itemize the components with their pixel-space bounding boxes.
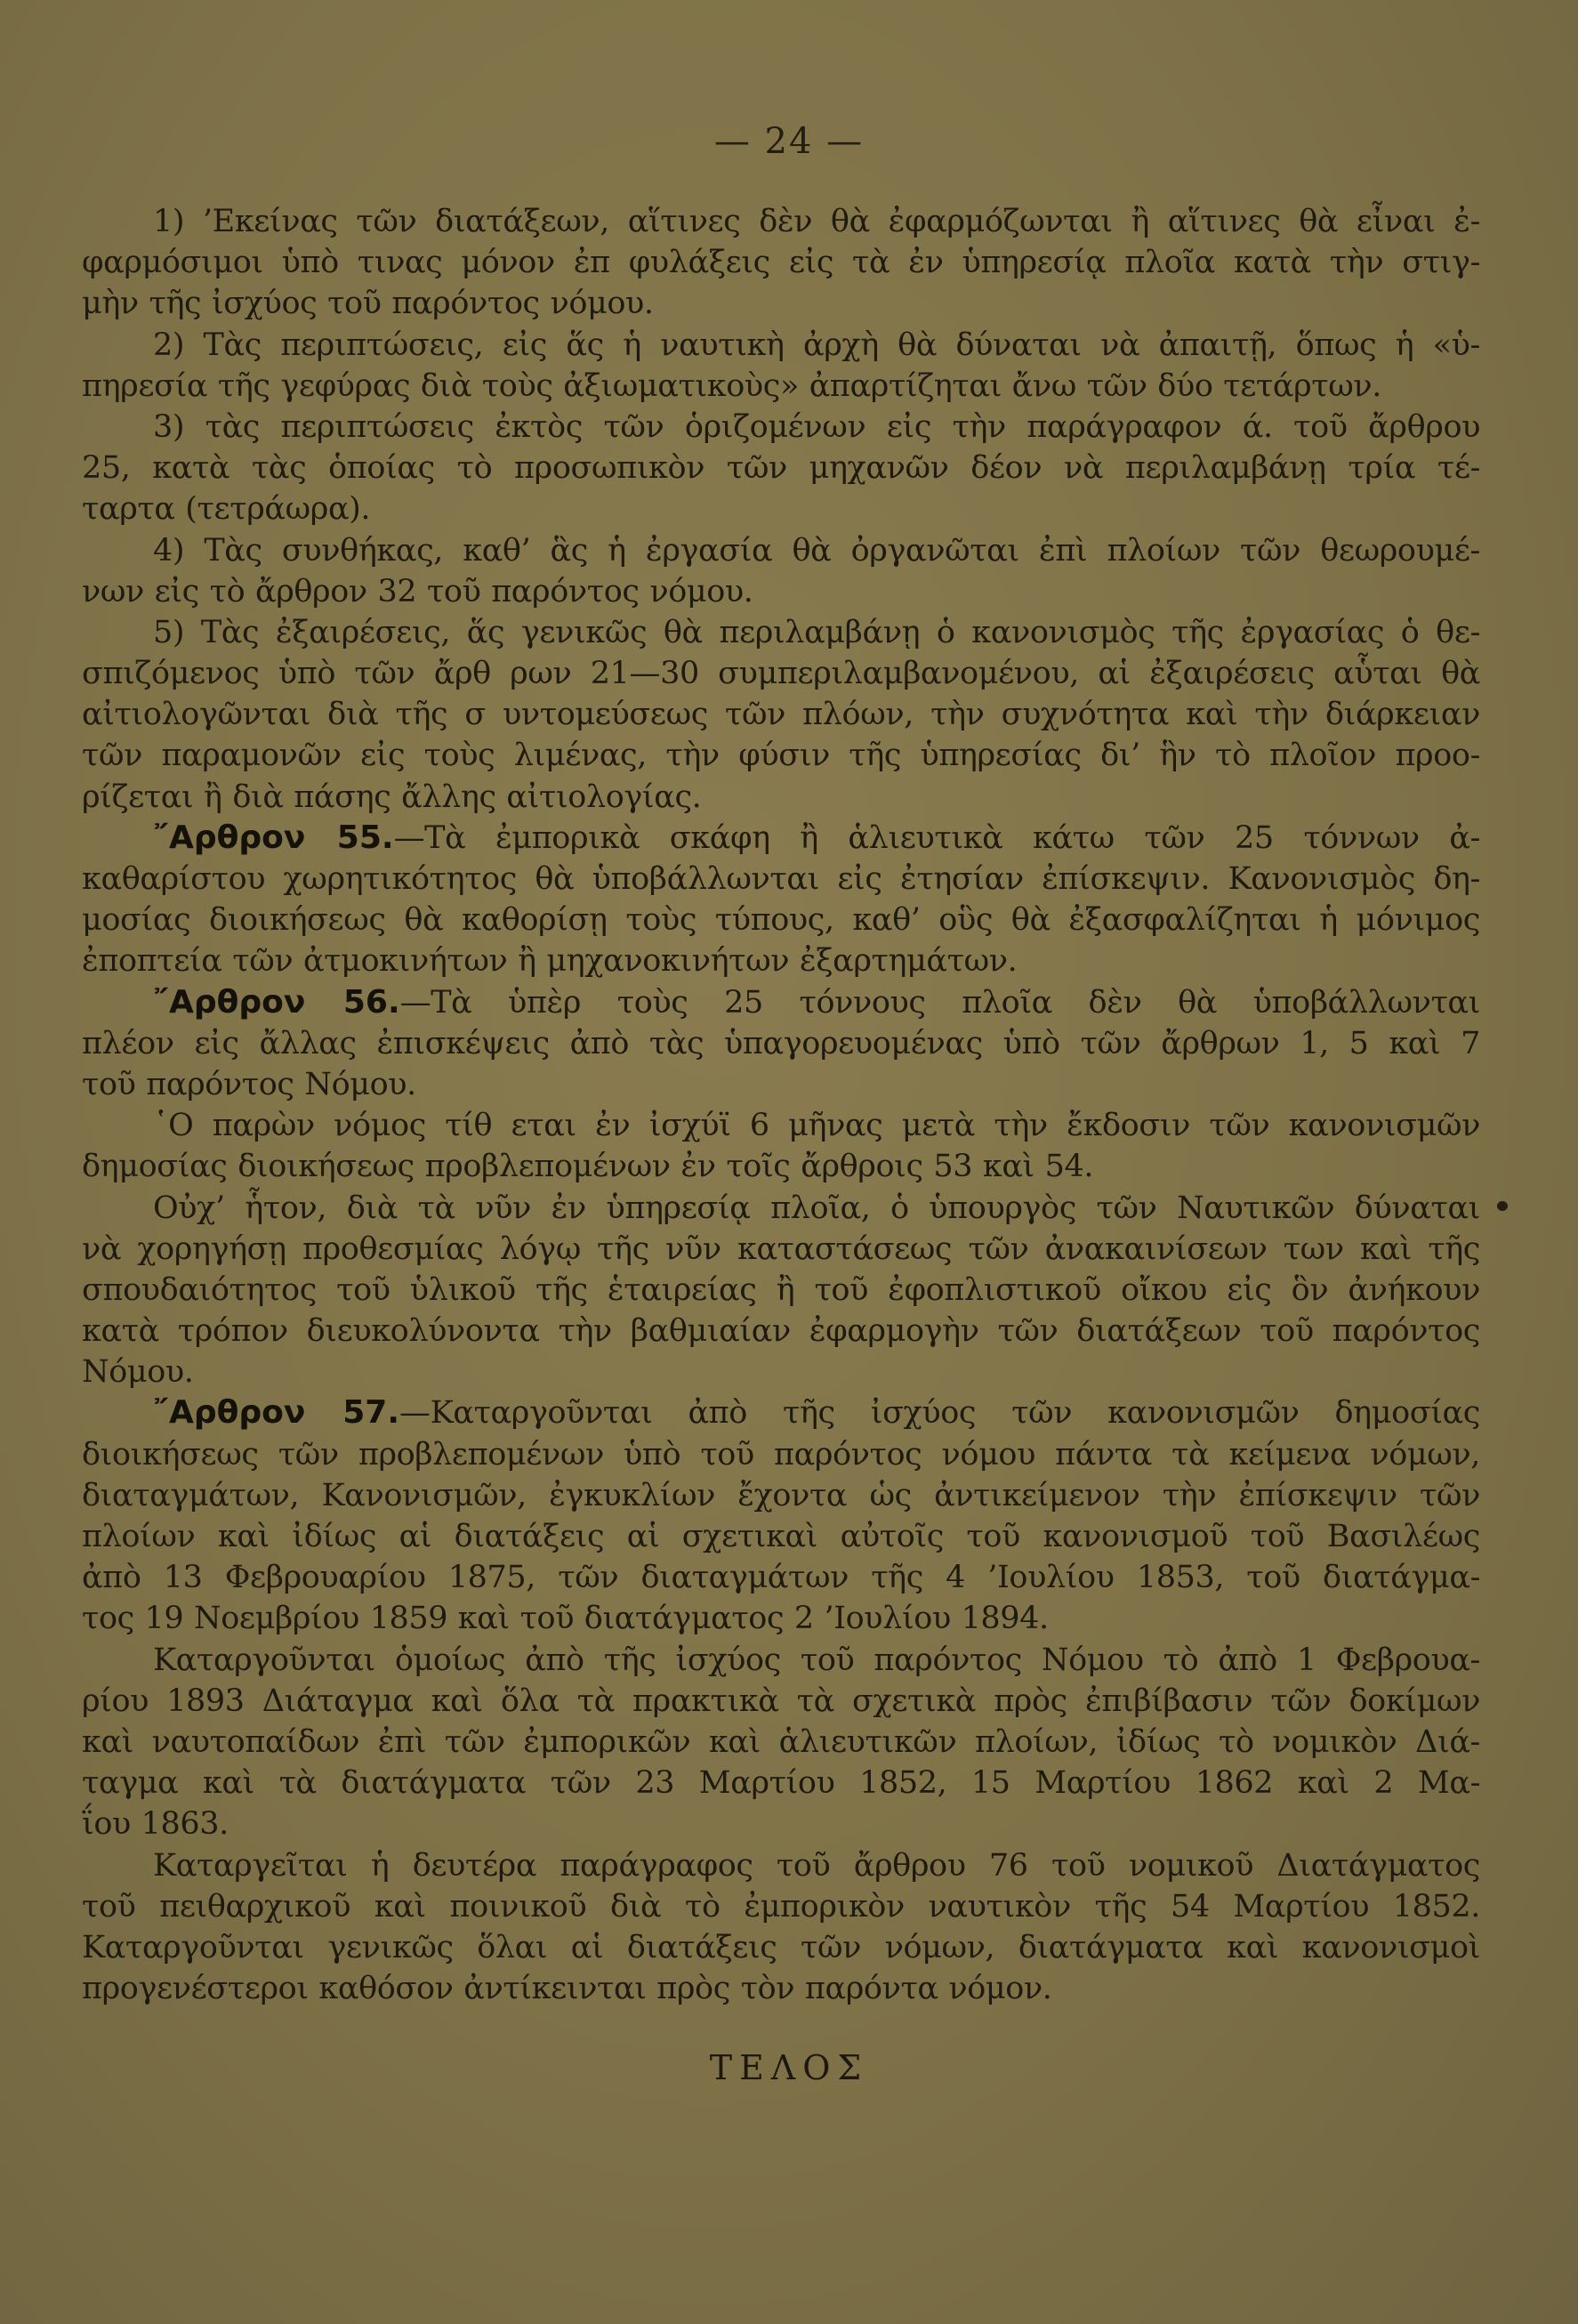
text-line: ρίου 1893 Διάταγμα καὶ ὅλα τὰ πρακτικὰ τ… — [82, 1681, 1480, 1722]
article-heading: ῎Αρθρον 57. — [153, 1394, 399, 1431]
text-line: σπουδαιότητος τοῦ ὑλικοῦ τῆς ἑταιρείας ἢ… — [82, 1270, 1480, 1311]
end-mark: ΤΕΛΟΣ — [0, 2048, 1578, 2087]
text-line: προγενέστεροι καθόσον ἀντίκεινται πρὸς τ… — [82, 1968, 1480, 2009]
paragraph-item-3: 3) τὰς περιπτώσεις ἐκτὸς τῶν ὁριζομένων … — [82, 407, 1480, 530]
text-line: διαταγμάτων, Κανονισμῶν, ἐγκυκλίων ἔχοντ… — [82, 1475, 1480, 1516]
paragraph-item-1: 1) ’Εκείνας τῶν διατάξεων, αἵτινες δὲν θ… — [82, 201, 1480, 325]
text-line: νων εἰς τὸ ἄρθρον 32 τοῦ παρόντος νόμου. — [82, 571, 1480, 612]
text-line: 2) Τὰς περιπτώσεις, εἰς ἅς ἡ ναυτικὴ ἀρχ… — [82, 325, 1480, 366]
paragraph-minister-extension: Οὐχ’ ἧτον, διὰ τὰ νῦν ἐν ὑπηρεσίᾳ πλοῖα,… — [82, 1188, 1480, 1393]
body-text: 1) ’Εκείνας τῶν διατάξεων, αἵτινες δὲν θ… — [82, 201, 1480, 2009]
article-57: ῎Αρθρον 57.—Καταργοῦνται ἀπὸ τῆς ἰσχύος … — [82, 1392, 1480, 1639]
article-heading: ῎Αρθρον 56. — [153, 984, 400, 1021]
article-56: ῎Αρθρον 56.—Τὰ ὑπὲρ τοὺς 25 τόννους πλοῖ… — [82, 982, 1480, 1106]
text-line: καὶ ναυτοπαίδων ἐπὶ τῶν ἐμπορικῶν καὶ ἁλ… — [82, 1722, 1480, 1763]
text-line: Νόμου. — [82, 1352, 1480, 1392]
text-line: ῎Αρθρον 55.—Τὰ ἐμπορικὰ σκάφη ἢ ἁλιευτικ… — [82, 818, 1480, 859]
text-line: μὴν τῆς ἰσχύος τοῦ παρόντος νόμου. — [82, 283, 1480, 324]
text-line: δημοσίας διοικήσεως προβλεπομένων ἐν τοῖ… — [82, 1146, 1480, 1187]
text-line: 5) Τὰς ἐξαιρέσεις, ἅς γενικῶς θὰ περιλαμ… — [82, 612, 1480, 653]
text-line: ταρτα (τετράωρα). — [82, 488, 1480, 529]
text-line: καθαρίστου χωρητικότητος θὰ ὑποβάλλωνται… — [82, 859, 1480, 900]
paragraph-repeal-article-76: Καταργεῖται ἡ δευτέρα παράγραφος τοῦ ἄρθ… — [82, 1845, 1480, 2010]
text-line: Καταργοῦνται γενικῶς ὅλαι αἱ διατάξεις τ… — [82, 1927, 1480, 1968]
text-line: ῾Ο παρὼν νόμος τίθ εται ἐν ἰσχύϊ 6 μῆνας… — [82, 1105, 1480, 1146]
article-55: ῎Αρθρον 55.—Τὰ ἐμπορικὰ σκάφη ἢ ἁλιευτικ… — [82, 818, 1480, 982]
text-line: Οὐχ’ ἧτον, διὰ τὰ νῦν ἐν ὑπηρεσίᾳ πλοῖα,… — [82, 1188, 1480, 1229]
text-line: ἀπὸ 13 Φεβρουαρίου 1875, τῶν διαταγμάτων… — [82, 1557, 1480, 1598]
page-number: — 24 — — [0, 121, 1578, 162]
text-line: 4) Τὰς συνθήκας, καθ’ ἃς ἡ ἐργασία θὰ ὀρ… — [82, 530, 1480, 571]
text-line: ῎Αρθρον 57.—Καταργοῦνται ἀπὸ τῆς ἰσχύος … — [82, 1392, 1480, 1433]
text-line: Καταργοῦνται ὁμοίως ἀπὸ τῆς ἰσχύος τοῦ π… — [82, 1640, 1480, 1681]
text-line: κατὰ τρόπον διευκολύνοντα τὴν βαθμιαίαν … — [82, 1311, 1480, 1352]
text-line: 3) τὰς περιπτώσεις ἐκτὸς τῶν ὁριζομένων … — [82, 407, 1480, 448]
article-text: —Καταργοῦνται ἀπὸ τῆς ἰσχύος τῶν κανονισ… — [399, 1395, 1480, 1431]
text-line: σπιζόμενος ὑπὸ τῶν ἄρθ ρων 21—30 συμπερι… — [82, 653, 1480, 694]
ink-spot-mark — [1497, 1201, 1508, 1211]
document-page: — 24 — 1) ’Εκείνας τῶν διατάξεων, αἵτινε… — [0, 0, 1578, 2324]
text-line: νὰ χορηγήσῃ προθεσμίας λόγῳ τῆς νῦν κατα… — [82, 1229, 1480, 1270]
text-line: τοῦ πειθαρχικοῦ καὶ ποινικοῦ διὰ τὸ ἐμπο… — [82, 1886, 1480, 1927]
text-line: μοσίας διοικήσεως θὰ καθορίσῃ τοὺς τύπου… — [82, 900, 1480, 940]
text-line: αἰτιολογῶνται διὰ τῆς σ υντομεύσεως τῶν … — [82, 694, 1480, 735]
text-line: Καταργεῖται ἡ δευτέρα παράγραφος τοῦ ἄρθ… — [82, 1845, 1480, 1886]
paragraph-effective-date: ῾Ο παρὼν νόμος τίθ εται ἐν ἰσχύϊ 6 μῆνας… — [82, 1105, 1480, 1187]
paragraph-item-2: 2) Τὰς περιπτώσεις, εἰς ἅς ἡ ναυτικὴ ἀρχ… — [82, 325, 1480, 407]
paragraph-repeal-1893: Καταργοῦνται ὁμοίως ἀπὸ τῆς ἰσχύος τοῦ π… — [82, 1640, 1480, 1845]
article-text: —Τὰ ἐμπορικὰ σκάφη ἢ ἁλιευτικὰ κάτω τῶν … — [394, 820, 1480, 856]
text-line: διοικήσεως τῶν προβλεπομένων ὑπὸ τοῦ παρ… — [82, 1434, 1480, 1475]
text-line: φαρμόσιμοι ὑπὸ τινας μόνον ἐπ φυλάξεις ε… — [82, 242, 1480, 283]
text-line: 1) ’Εκείνας τῶν διατάξεων, αἵτινες δὲν θ… — [82, 201, 1480, 242]
text-line: πλοίων καὶ ἰδίως αἱ διατάξεις αἱ σχετικα… — [82, 1516, 1480, 1557]
article-text: —Τὰ ὑπὲρ τοὺς 25 τόννους πλοῖα δὲν θὰ ὑπ… — [400, 985, 1480, 1021]
text-line: τῶν παραμονῶν εἰς τοὺς λιμένας, τὴν φύσι… — [82, 735, 1480, 776]
paragraph-item-5: 5) Τὰς ἐξαιρέσεις, ἅς γενικῶς θὰ περιλαμ… — [82, 612, 1480, 818]
article-heading: ῎Αρθρον 55. — [153, 819, 394, 856]
text-line: τος 19 Νοεμβρίου 1859 καὶ τοῦ διατάγματο… — [82, 1598, 1480, 1639]
text-line: πλέον εἰς ἄλλας ἐπισκέψεις ἀπὸ τὰς ὑπαγο… — [82, 1023, 1480, 1064]
text-line: ρίζεται ἢ διὰ πάσης ἄλλης αἰτιολογίας. — [82, 777, 1480, 818]
text-line: πηρεσία τῆς γεφύρας διὰ τοὺς ἀξιωματικοὺ… — [82, 366, 1480, 407]
text-line: τοῦ παρόντος Νόμου. — [82, 1064, 1480, 1105]
text-line: ῎Αρθρον 56.—Τὰ ὑπὲρ τοὺς 25 τόννους πλοῖ… — [82, 982, 1480, 1023]
text-line: 25, κατὰ τὰς ὁποίας τὸ προσωπικὸν τῶν μη… — [82, 448, 1480, 488]
text-line: ἐποπτεία τῶν ἀτμοκινήτων ἢ μηχανοκινήτων… — [82, 940, 1480, 981]
paragraph-item-4: 4) Τὰς συνθήκας, καθ’ ἃς ἡ ἐργασία θὰ ὀρ… — [82, 530, 1480, 612]
text-line: ΐου 1863. — [82, 1804, 1480, 1844]
text-line: ταγμα καὶ τὰ διατάγματα τῶν 23 Μαρτίου 1… — [82, 1763, 1480, 1804]
